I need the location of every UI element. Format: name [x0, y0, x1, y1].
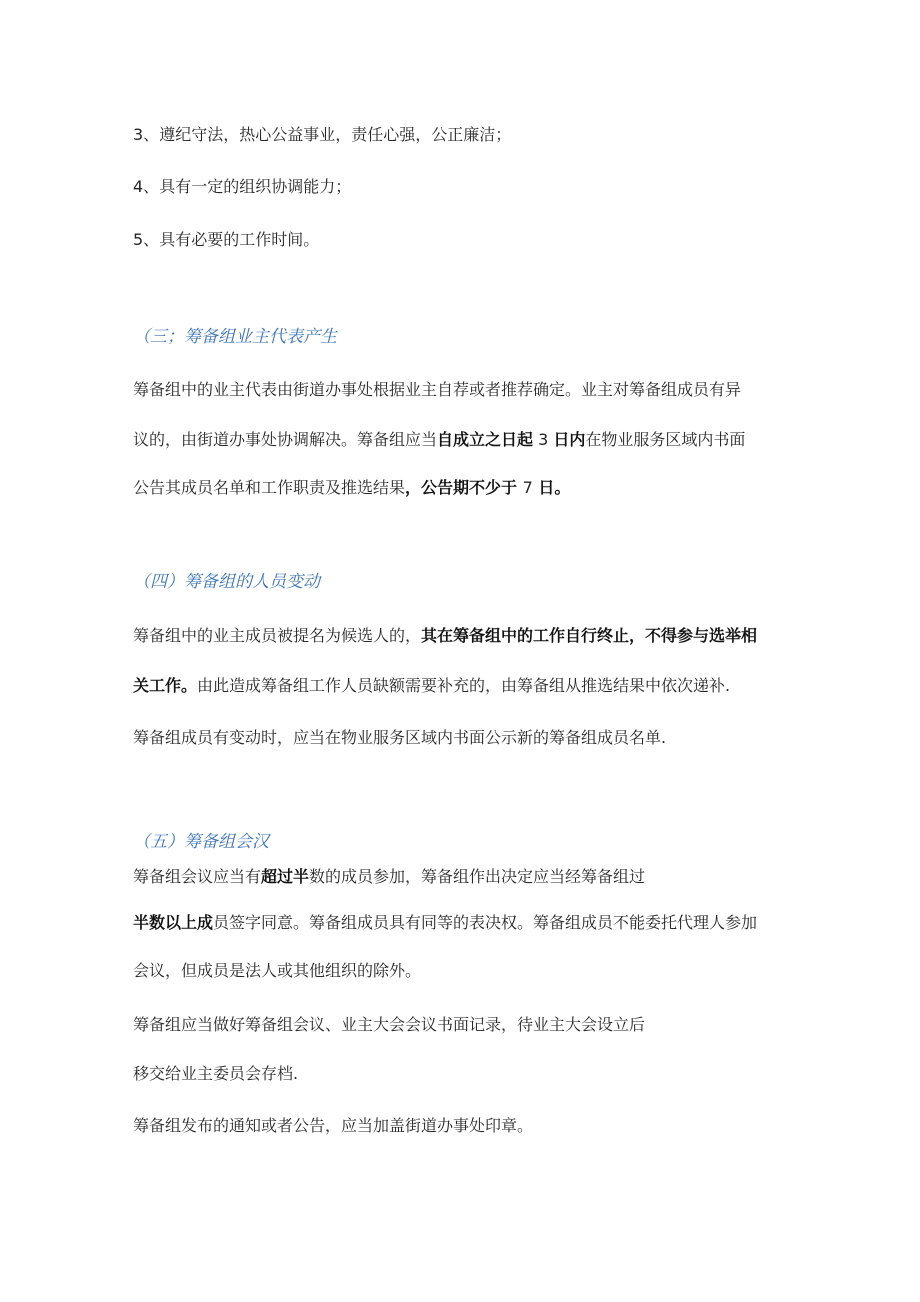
text-segment: 筹备组成员有变动时，应当在物业服务区域内书面公示新的筹备组成员名单.	[133, 728, 666, 747]
list-item-3: 3、遵纪守法，热心公益事业，责任心强，公正廉洁；	[133, 124, 511, 146]
bold-segment: 日。	[533, 478, 571, 497]
paragraph-line: 公告其成员名单和工作职责及推选结果，公告期不少于 7 日。	[133, 477, 570, 499]
section-heading-5: （五）筹备组会汉	[133, 831, 269, 853]
text-segment: 筹备组中的业主代表由街道办事处根据业主自荐或者推荐确定。业主对筹备组成员有异	[133, 380, 741, 399]
text-segment: 筹备组应当做好筹备组会议、业主大会会议书面记录，待业主大会设立后	[133, 1015, 645, 1034]
text-segment: 在物业服务区域内书面	[585, 430, 745, 449]
bold-segment: 超过半	[261, 867, 309, 886]
text-segment: 筹备组中的业主成员被提名为候选人的，	[133, 626, 421, 645]
section-heading-4: （四）筹备组的人员变动	[133, 571, 320, 593]
list-text: 具有一定的组织协调能力；	[159, 177, 351, 196]
text-segment: 移交给业主委员会存档.	[133, 1064, 298, 1083]
text-segment: 筹备组会议应当有	[133, 867, 261, 886]
paragraph-line: 筹备组发布的通知或者公告，应当加盖街道办事处印章。	[133, 1115, 533, 1137]
paragraph-line: 筹备组中的业主成员被提名为候选人的，其在筹备组中的工作自行终止，不得参与选举相	[133, 625, 757, 647]
text-segment: 议的，由街道办事处协调解决。筹备组应当	[133, 430, 437, 449]
text-segment: 由此造成筹备组工作人员缺额需要补充的，由筹备组从推选结果中依次递补.	[197, 676, 730, 695]
text-segment: 会议，但成员是法人或其他组织的除外。	[133, 961, 421, 980]
text-segment: 员签字同意。筹备组成员具有同等的表决权。筹备组成员不能委托代理人参加	[213, 913, 757, 932]
list-item-4: 4、具有一定的组织协调能力；	[133, 176, 351, 198]
paragraph-line: 筹备组成员有变动时，应当在物业服务区域内书面公示新的筹备组成员名单.	[133, 727, 666, 749]
list-text: 具有必要的工作时间。	[159, 230, 319, 249]
bold-segment: 半数以上成	[133, 913, 213, 932]
bold-segment: 自成立之日起	[437, 430, 533, 449]
list-number: 5、	[133, 230, 159, 249]
text-segment: 筹备组发布的通知或者公告，应当加盖街道办事处印章。	[133, 1116, 533, 1135]
paragraph-line: 会议，但成员是法人或其他组织的除外。	[133, 960, 421, 982]
paragraph-line: 半数以上成员签字同意。筹备组成员具有同等的表决权。筹备组成员不能委托代理人参加	[133, 912, 757, 934]
paragraph-line: 筹备组应当做好筹备组会议、业主大会会议书面记录，待业主大会设立后	[133, 1014, 645, 1036]
bold-segment: ，公告期不少于	[405, 478, 523, 497]
text-segment: 3	[533, 430, 553, 449]
text-segment: 7	[523, 478, 533, 497]
paragraph-line: 关工作。由此造成筹备组工作人员缺额需要补充的，由筹备组从推选结果中依次递补.	[133, 675, 730, 697]
section-heading-3: （三；筹备组业主代表产生	[133, 326, 337, 348]
list-number: 4、	[133, 177, 159, 196]
document-page: 3、遵纪守法，热心公益事业，责任心强，公正廉洁； 4、具有一定的组织协调能力； …	[0, 0, 920, 1302]
bold-segment: 日内	[553, 430, 585, 449]
bold-segment: 关工作。	[133, 676, 197, 695]
text-segment: 公告其成员名单和工作职责及推选结果	[133, 478, 405, 497]
bold-segment: 其在筹备组中的工作自行终止，不得参与选举相	[421, 626, 757, 645]
list-text: 遵纪守法，热心公益事业，责任心强，公正廉洁；	[159, 125, 511, 144]
list-item-5: 5、具有必要的工作时间。	[133, 229, 319, 251]
list-number: 3、	[133, 125, 159, 144]
paragraph-line: 议的，由街道办事处协调解决。筹备组应当自成立之日起 3 日内在物业服务区域内书面	[133, 429, 745, 451]
paragraph-line: 筹备组中的业主代表由街道办事处根据业主自荐或者推荐确定。业主对筹备组成员有异	[133, 379, 741, 401]
text-segment: 数的成员参加，筹备组作出决定应当经筹备组过	[309, 867, 645, 886]
paragraph-line: 筹备组会议应当有超过半数的成员参加，筹备组作出决定应当经筹备组过	[133, 866, 645, 888]
paragraph-line: 移交给业主委员会存档.	[133, 1063, 298, 1085]
